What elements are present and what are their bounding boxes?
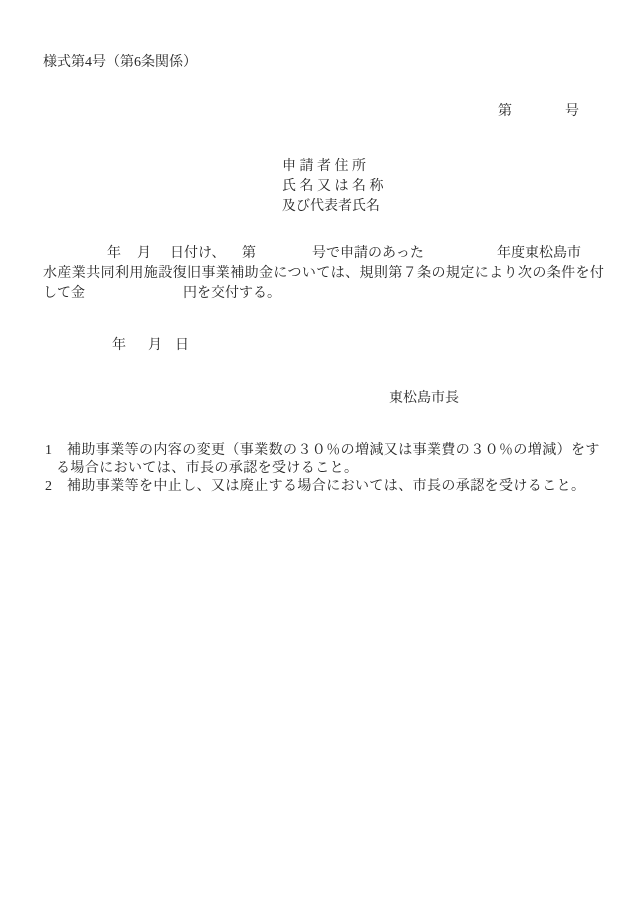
grant-amount-suffix: 円を交付する。 xyxy=(183,287,281,301)
form-label: 様式第4号（第6条関係） xyxy=(43,56,197,70)
applicant-address-label: 申 請 者 住 所 xyxy=(282,160,366,174)
grant-date-month-label: 月 xyxy=(137,247,151,261)
mayor-label: 東松島市長 xyxy=(389,392,459,406)
doc-number-suffix: 号 xyxy=(565,105,579,119)
condition-2-line1: 補助事業等を中止し、又は廃止する場合においては、市長の承認を受けること。 xyxy=(67,480,585,494)
grant-amount-prefix: して金 xyxy=(43,287,85,301)
application-number-suffix: 号で申請のあった xyxy=(312,247,424,261)
condition-2-number: 2 xyxy=(45,480,52,494)
issue-date-year-label: 年 xyxy=(112,339,126,353)
document-page: 様式第4号（第6条関係） 第 号 申 請 者 住 所 氏 名 又 は 名 称 及… xyxy=(0,0,630,915)
condition-1-line1: 補助事業等の内容の変更（事業数の３０％の増減又は事業費の３０％の増減）をす xyxy=(67,444,600,458)
issue-date-month-label: 月 xyxy=(148,339,162,353)
issue-date-day-label: 日 xyxy=(175,339,189,353)
applicant-name-label: 氏 名 又 は 名 称 xyxy=(282,180,384,194)
grant-date-day-label: 日付け、 xyxy=(170,247,225,261)
doc-number-prefix: 第 xyxy=(498,105,512,119)
fiscal-year-suffix: 年度東松島市 xyxy=(497,247,581,261)
condition-1-number: 1 xyxy=(45,444,52,458)
application-number-prefix: 第 xyxy=(242,247,256,261)
condition-1-line2: る場合においては、市長の承認を受けること。 xyxy=(56,462,358,476)
applicant-representative-label: 及び代表者氏名 xyxy=(282,200,380,214)
grant-date-year-label: 年 xyxy=(107,247,121,261)
grant-paragraph-line2: 水産業共同利用施設復旧事業補助金については、規則第７条の規定により次の条件を付 xyxy=(43,267,604,281)
